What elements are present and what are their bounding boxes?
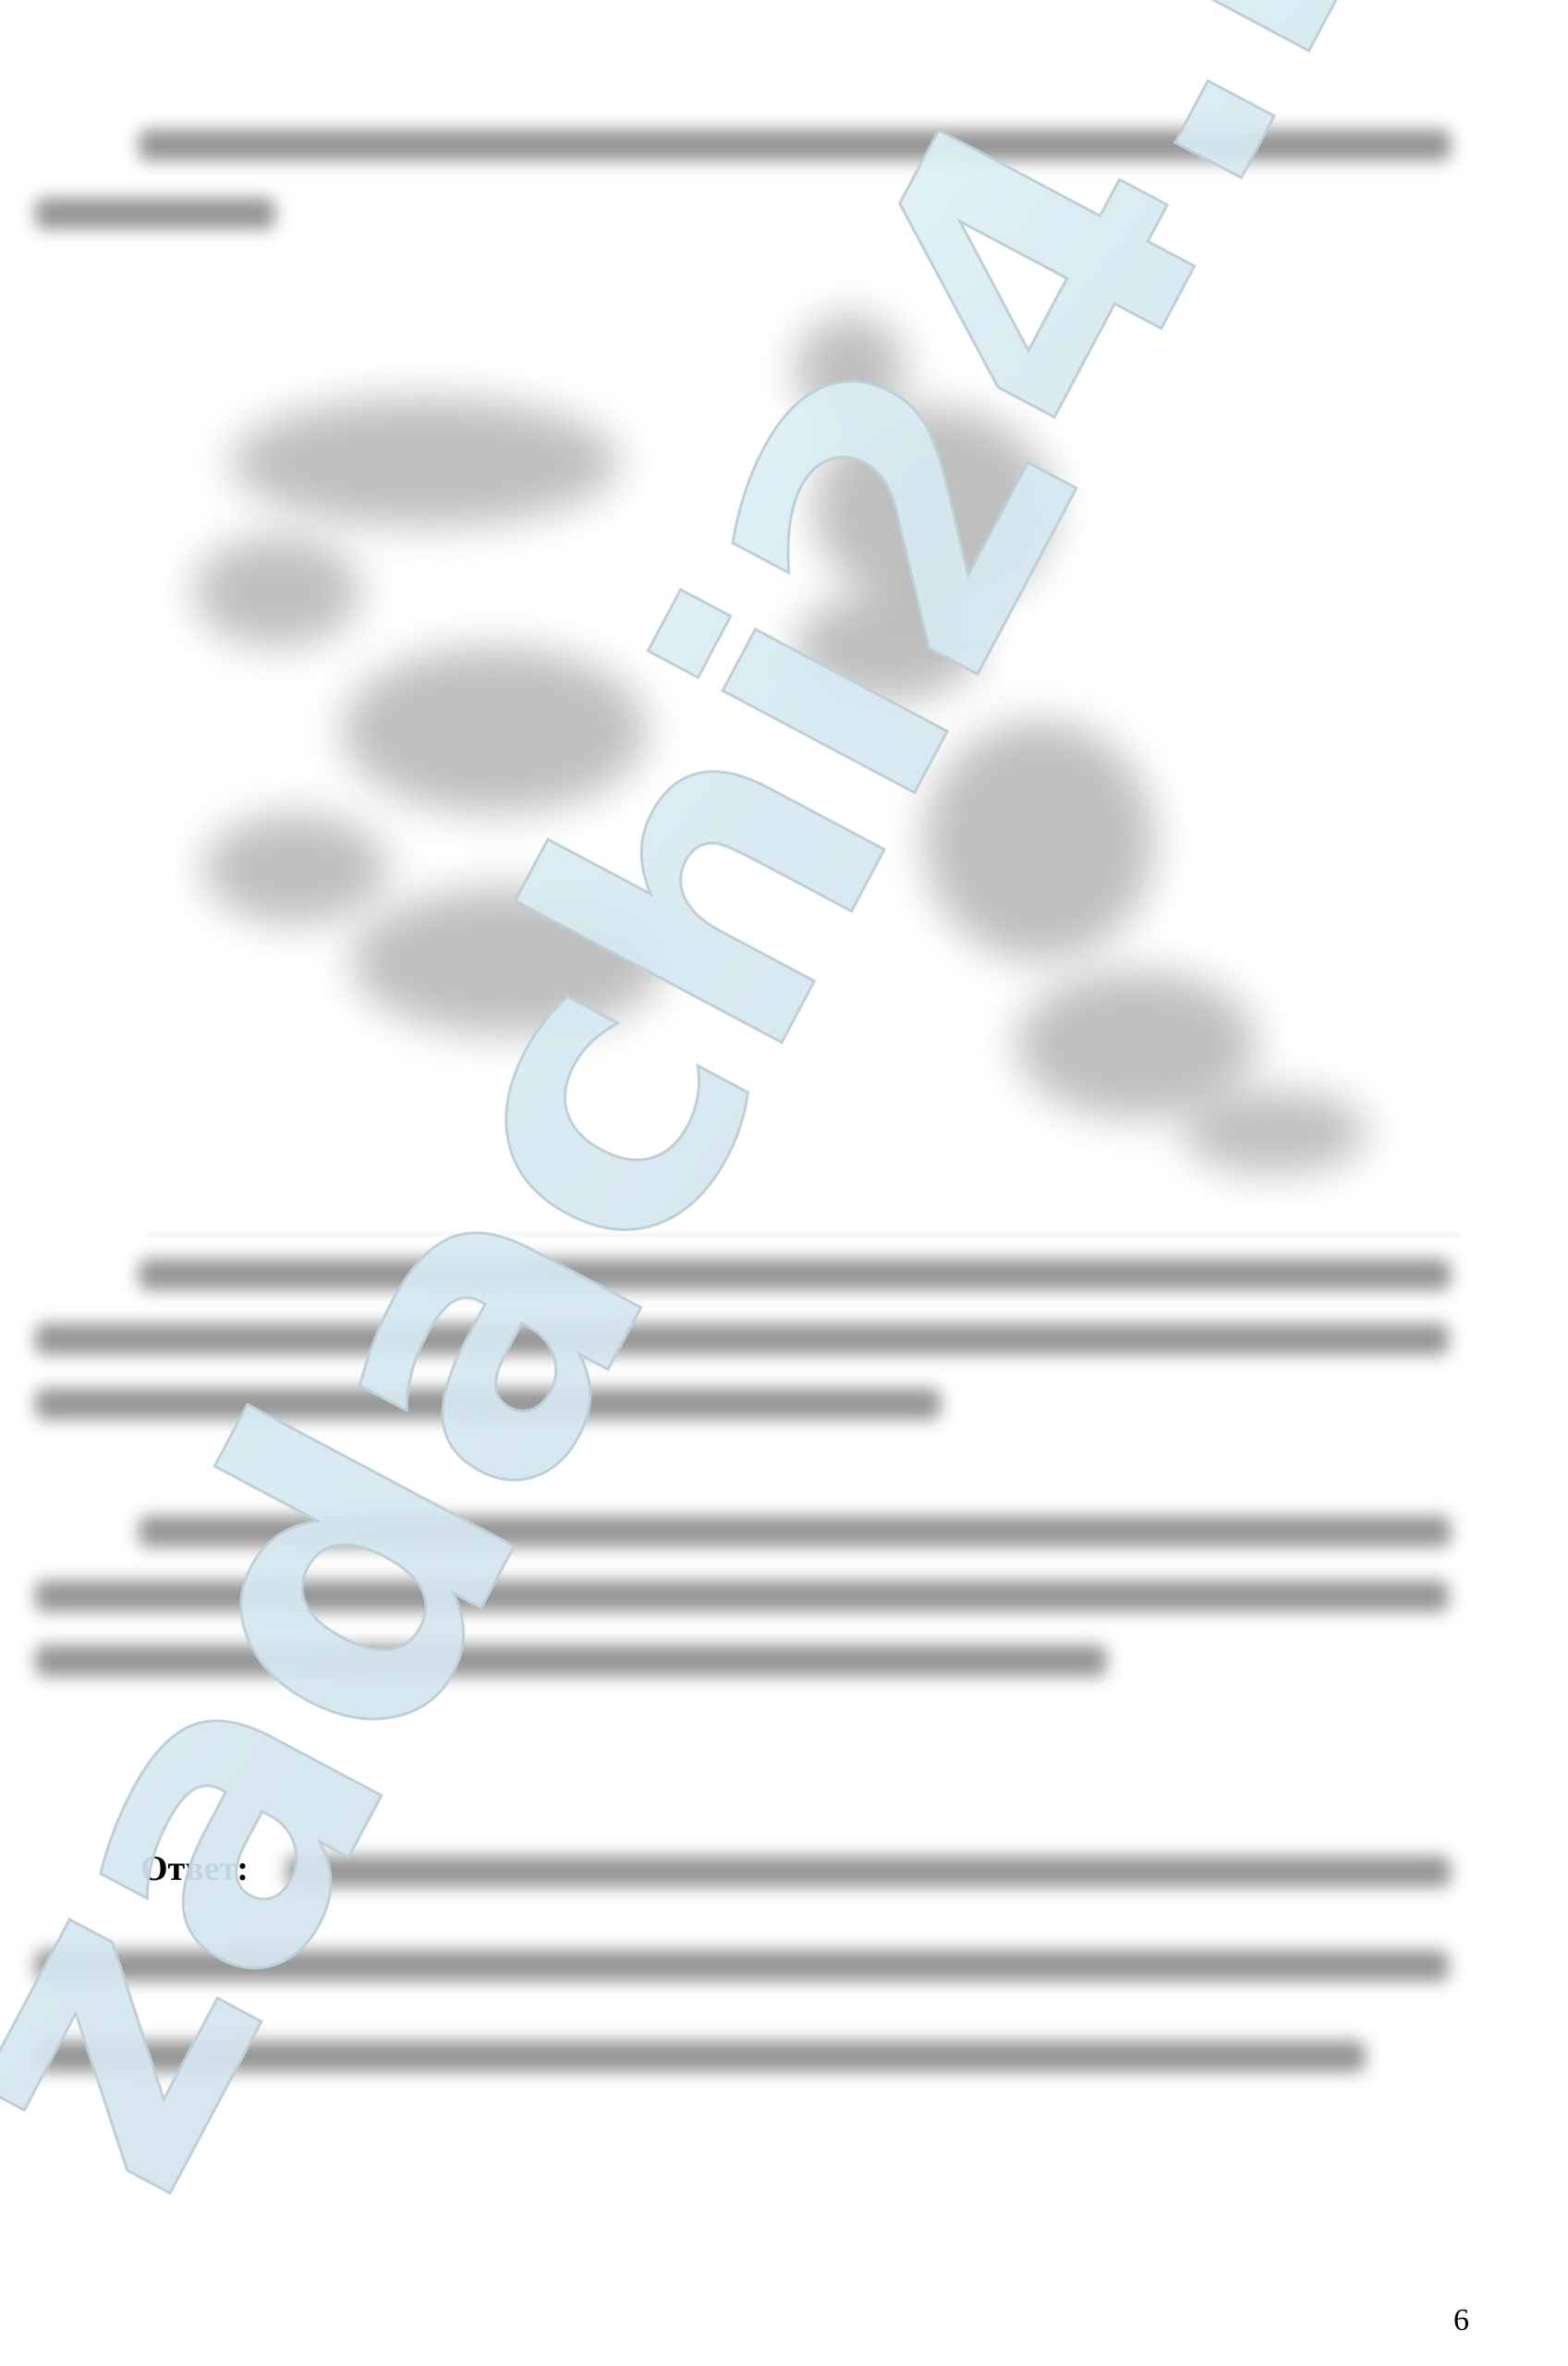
watermark-logo: zadachi24.ru [0, 0, 1568, 2366]
page-number: 6 [1453, 2303, 1469, 2338]
answer-label: Ответ: [140, 1848, 249, 1889]
document-page: Ответ: 6 zadachi24.ru [0, 0, 1568, 2366]
figure-divider [148, 1234, 1460, 1236]
